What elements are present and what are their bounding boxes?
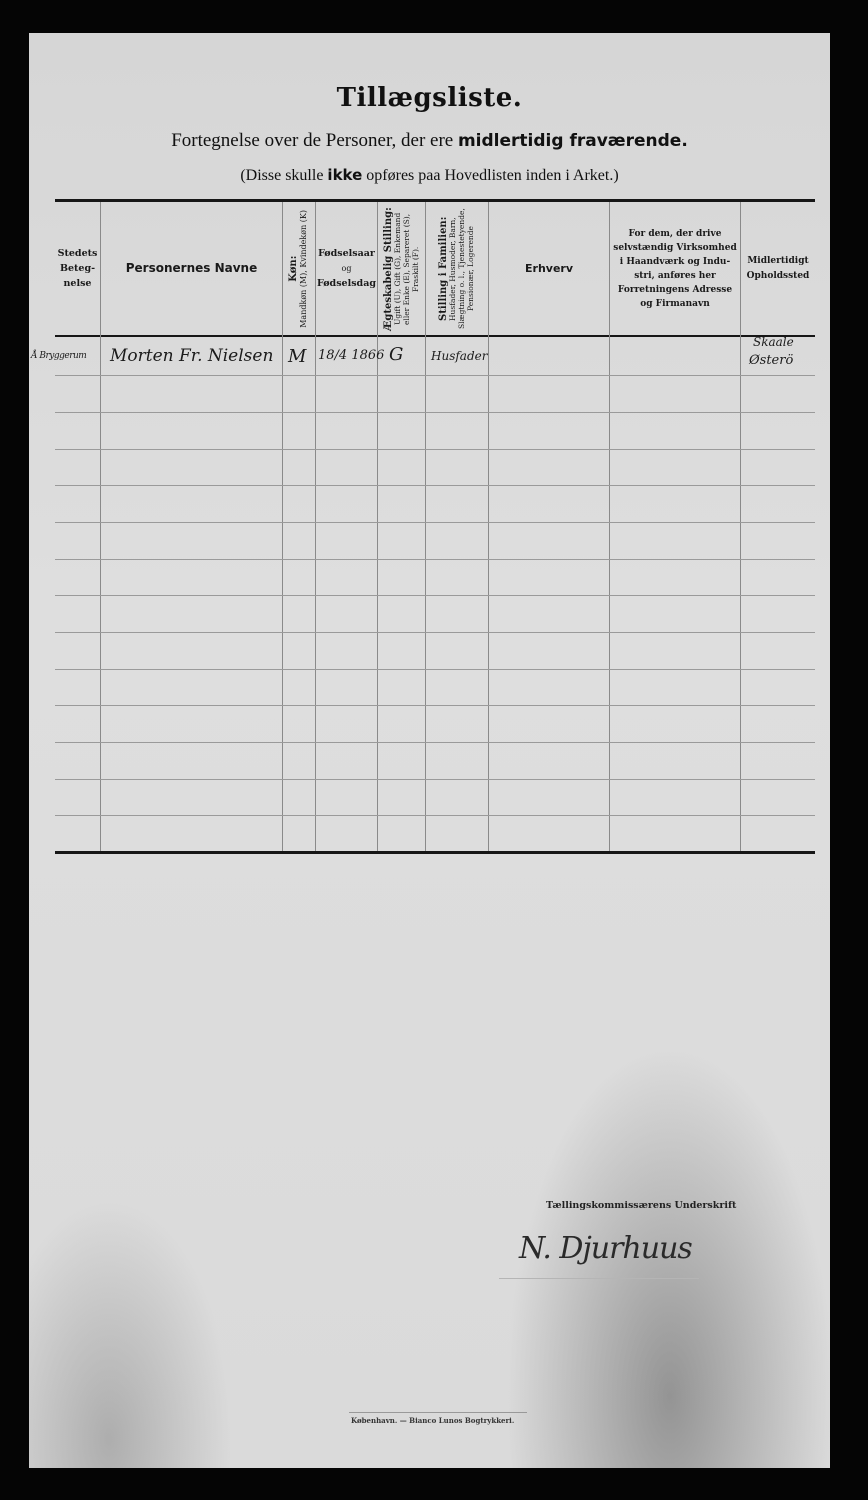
- cell-familie: Husfader: [431, 349, 487, 363]
- header-line: Stedets: [58, 246, 98, 261]
- row-divider: [55, 632, 815, 633]
- row-divider: [55, 522, 815, 523]
- note-bold: ikke: [327, 166, 362, 184]
- signature-label: Tællingskommissærens Underskrift: [546, 1200, 736, 1211]
- header-virksomhed: For dem, der drive selvstændig Virksomhe…: [610, 202, 740, 335]
- cell-navne: Morten Fr. Nielsen: [110, 346, 273, 366]
- printer-imprint: København. — Bianco Lunos Bogtrykkeri.: [351, 1416, 514, 1425]
- row-divider: [55, 742, 815, 743]
- cell-fodsel: 18/4 1866: [318, 348, 384, 363]
- header-label: Personernes Navne: [126, 261, 257, 276]
- cell-opholdssted-line2: Østerö: [749, 353, 793, 368]
- row-divider: [55, 779, 815, 780]
- header-line: Fødselsaar: [318, 246, 375, 261]
- row-divider: [55, 412, 815, 413]
- header-line: selvstændig Virksomhed: [613, 241, 737, 255]
- header-line: Opholdssted: [747, 269, 810, 284]
- header-aegteskab: Ægteskabelig Stilling: Ugift (U), Gift (…: [378, 202, 425, 335]
- footer-rule: [349, 1412, 527, 1413]
- header-line: i Haandværk og Indu-: [620, 255, 730, 269]
- row-divider: [55, 485, 815, 486]
- header-sub: Mandkøn (M), Kvindekøn (K): [299, 210, 308, 328]
- header-stedets: Stedets Beteg- nelse: [55, 202, 100, 335]
- header-main: Ægteskabelig Stilling:: [383, 207, 394, 331]
- header-line: Forretningens Adresse: [618, 283, 732, 297]
- row-divider: [55, 559, 815, 560]
- header-sub: Husfader, Husmoder, Barn, Slægtning o. l…: [448, 208, 475, 329]
- signature-underline: [499, 1278, 699, 1279]
- page-title: Tillægsliste.: [29, 83, 830, 113]
- header-erhverv: Erhverv: [489, 202, 609, 335]
- header-line: Midlertidigt: [747, 254, 808, 269]
- header-kon: Køn: Mandkøn (M), Kvindekøn (K): [283, 202, 315, 335]
- row-divider: [55, 815, 815, 816]
- header-line: og Firmanavn: [640, 297, 709, 311]
- cell-aegteskab: G: [389, 344, 403, 365]
- header-fodsel: Fødselsaar og Fødselsdag: [316, 202, 377, 335]
- header-line: nelse: [64, 276, 92, 291]
- subtitle-bold: midlertidig fraværende.: [458, 131, 688, 151]
- header-opholdssted: Midlertidigt Opholdssted: [741, 202, 815, 335]
- header-line: Fødselsdag: [317, 276, 376, 291]
- form-subtitle: Fortegnelse over de Personer, der ere mi…: [29, 130, 830, 152]
- row-divider: [55, 375, 815, 376]
- header-label: Erhverv: [525, 261, 573, 276]
- note-prefix: (Disse skulle: [240, 167, 327, 184]
- header-line: og: [342, 261, 352, 276]
- row-divider: [55, 595, 815, 596]
- subtitle-regular: Fortegnelse over de Personer, der ere: [171, 130, 458, 151]
- form-note: (Disse skulle ikke opføres paa Hovedlist…: [29, 166, 830, 185]
- header-navne: Personernes Navne: [101, 202, 282, 335]
- census-form-page: Tillægsliste. Fortegnelse over de Person…: [29, 33, 830, 1468]
- header-vertical-text: Ægteskabelig Stilling: Ugift (U), Gift (…: [384, 206, 420, 332]
- cell-kon: M: [288, 346, 306, 367]
- table-row: Å Bryggerum Morten Fr. Nielsen M 18/4 18…: [29, 337, 830, 375]
- note-suffix: opføres paa Hovedlisten inden i Arket.): [362, 167, 618, 184]
- row-divider: [55, 705, 815, 706]
- header-line: Beteg-: [60, 261, 95, 276]
- cell-opholdssted-line1: Skaale: [753, 335, 794, 349]
- header-familie: Stilling i Familien: Husfader, Husmoder,…: [426, 202, 488, 335]
- row-divider: [55, 669, 815, 670]
- cell-stedets: Å Bryggerum: [31, 351, 86, 361]
- header-sub: Ugift (U), Gift (G), Enkemand eller Enke…: [393, 212, 420, 324]
- table-bottom-rule: [55, 851, 815, 854]
- signature: N. Djurhuus: [519, 1231, 692, 1266]
- header-main: Køn:: [288, 255, 299, 281]
- header-vertical-text: Stilling i Familien: Husfader, Husmoder,…: [439, 206, 475, 332]
- row-divider: [55, 449, 815, 450]
- header-line: stri, anføres her: [634, 269, 716, 283]
- header-vertical-text: Køn: Mandkøn (M), Kvindekøn (K): [289, 210, 309, 328]
- header-line: For dem, der drive: [629, 227, 722, 241]
